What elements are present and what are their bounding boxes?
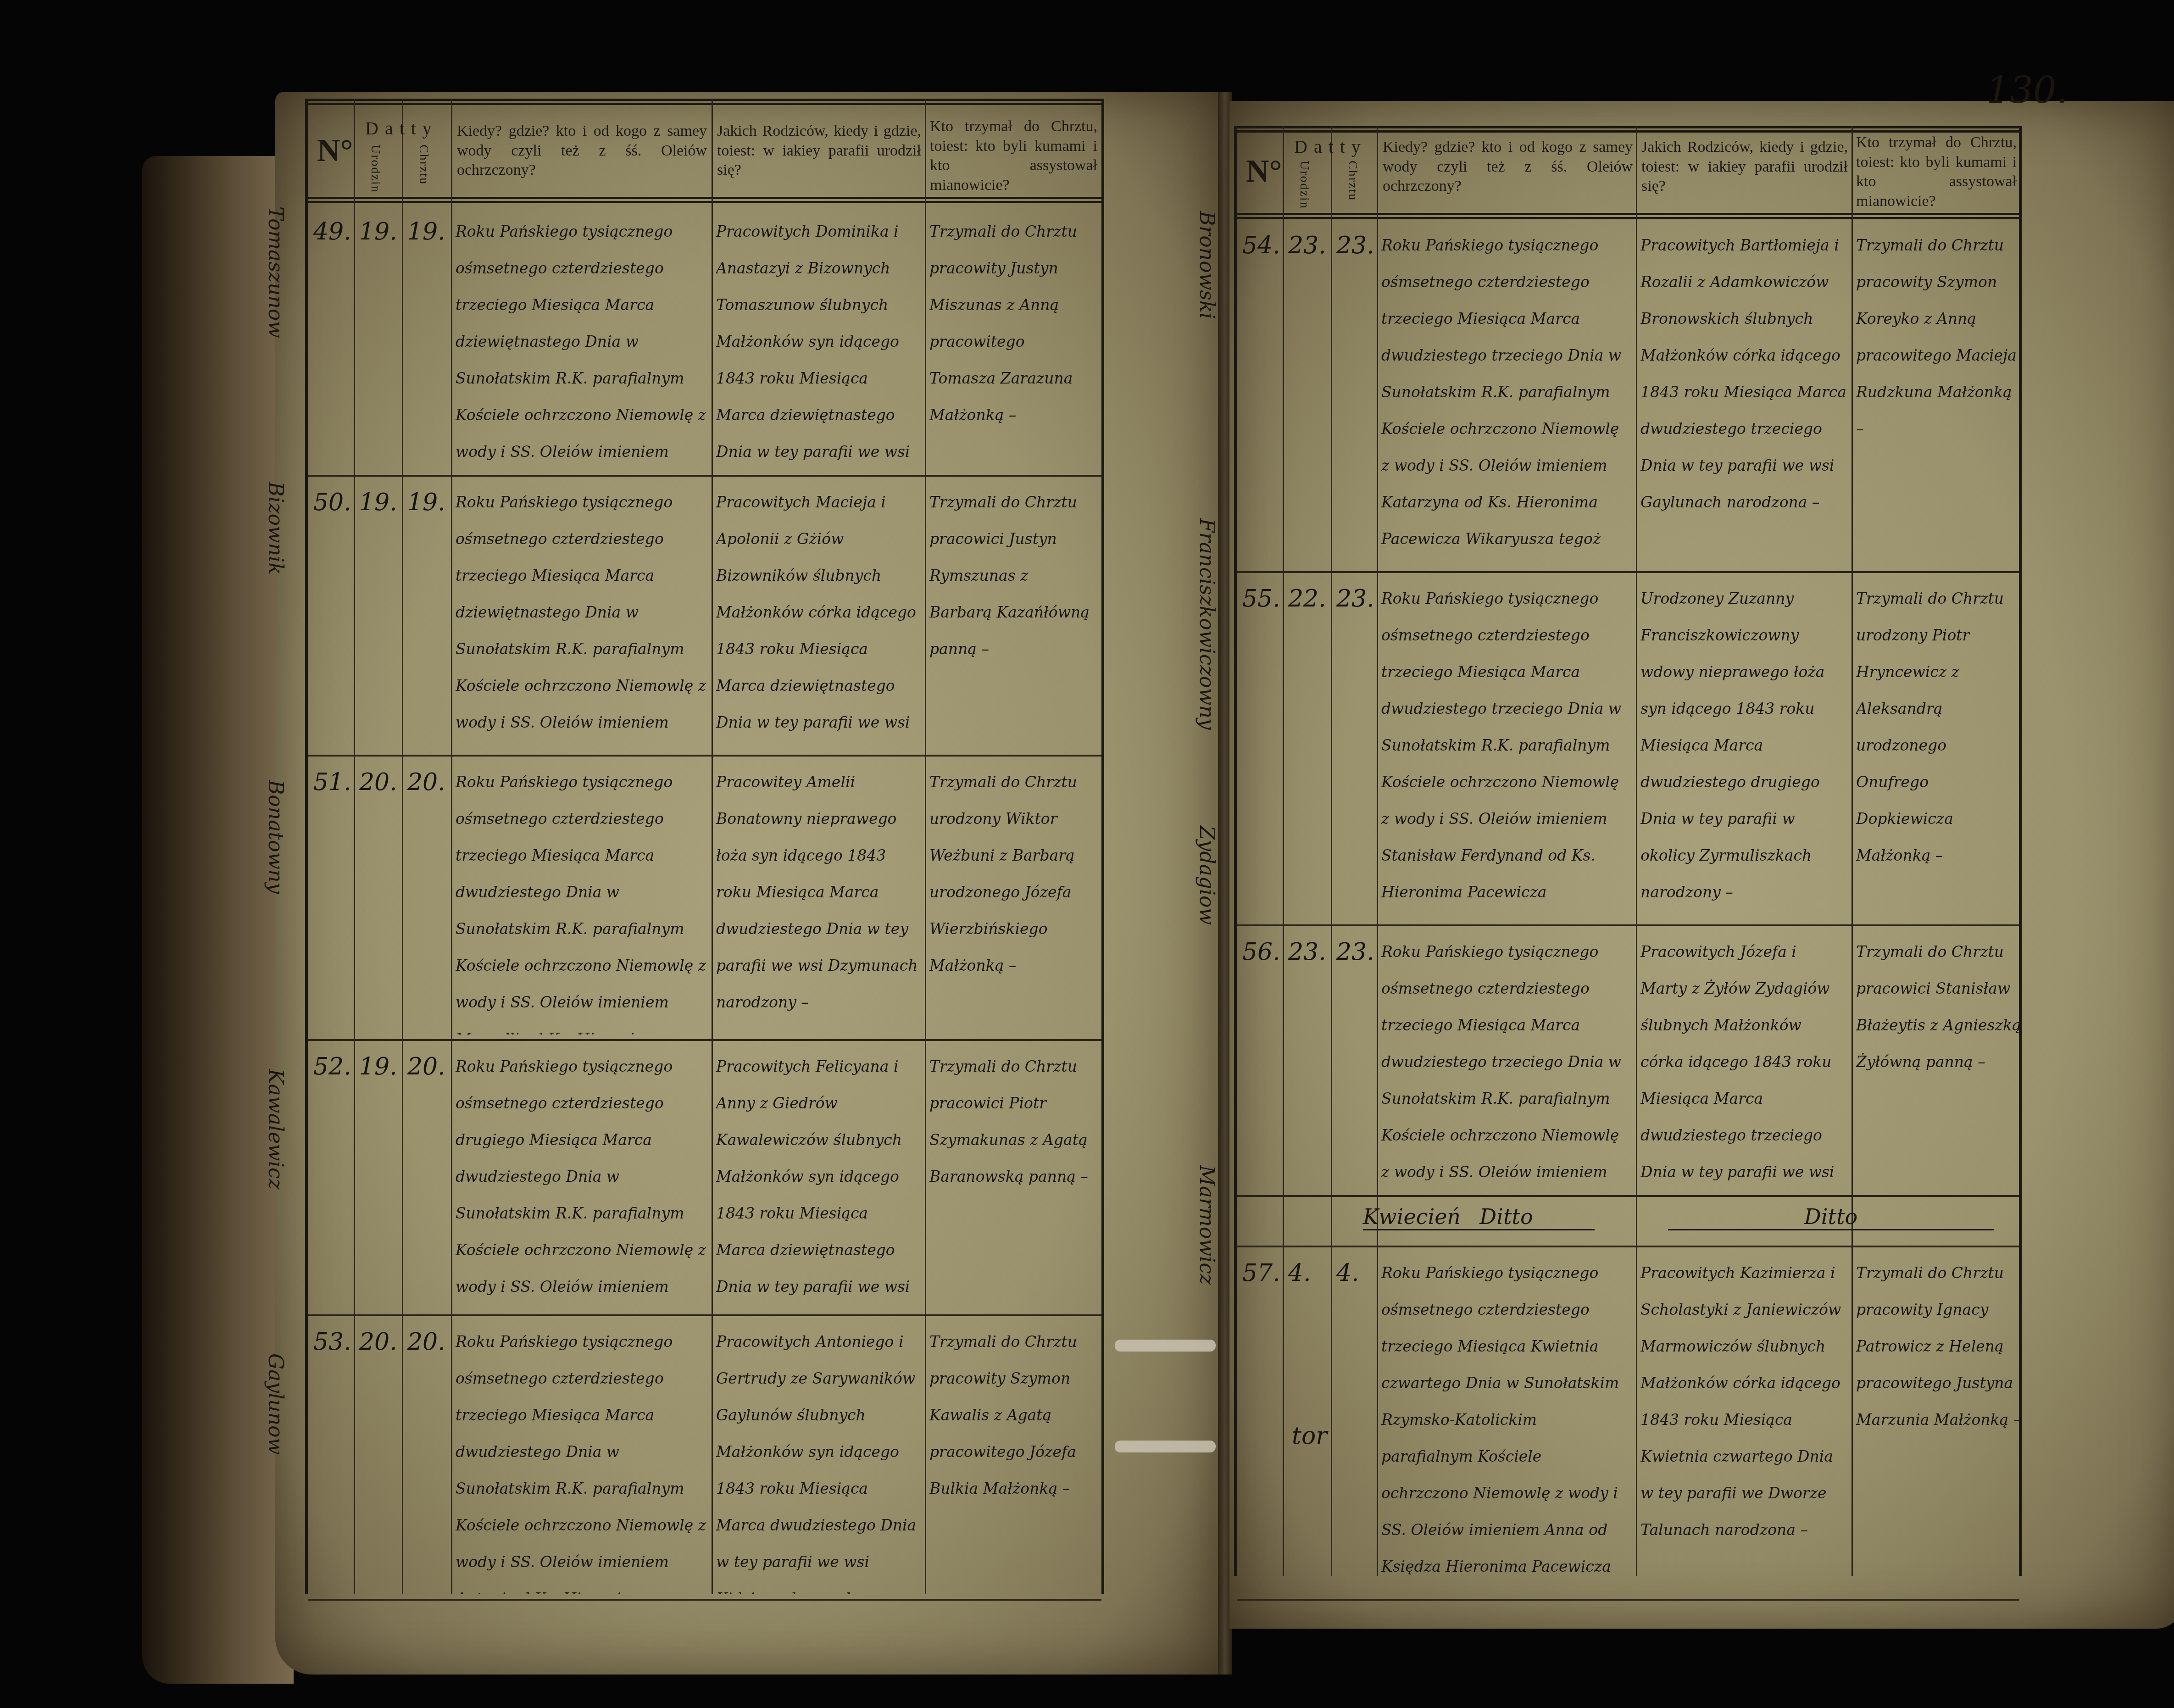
entry-parents-text: Pracowitey Amelii Bonatowny nieprawego ł… (716, 764, 920, 1035)
birth-day: 23. (1288, 232, 1326, 259)
birth-day: 20. (359, 1328, 397, 1356)
header-urodzin: Urodzin (1296, 161, 1312, 211)
birth-day: 23. (1288, 938, 1326, 966)
register-entry-row: 51.20.20.Roku Pańskiego tysiącznego ośms… (308, 755, 1101, 1041)
entry-godparents-text: Trzymali do Chrztu pracowici Piotr Szyma… (929, 1048, 1092, 1310)
baptism-day: 4. (1336, 1259, 1359, 1287)
header-number: N° (1246, 151, 1282, 192)
register-entry-row: 49.19.19.Roku Pańskiego tysiącznego ośms… (308, 204, 1101, 477)
header-datty: Datty (365, 117, 438, 140)
register-entry-row: 54.23.23.Roku Pańskiego tysiącznego ośms… (1237, 218, 2019, 573)
header-number: N° (317, 131, 353, 171)
baptism-day: 23. (1336, 232, 1374, 259)
header-chrztu: Chrztu (416, 145, 432, 204)
entry-number: 55. (1242, 585, 1280, 612)
header-godparents: Kto trzymał do Chrztu, toiest: kto byli … (1856, 133, 2017, 211)
birth-day: 19. (359, 489, 397, 516)
birth-day: 20. (359, 768, 397, 796)
margin-surname: Bonatowny (264, 780, 287, 894)
entry-godparents-text: Trzymali do Chrztu pracowici Justyn Ryms… (929, 484, 1092, 750)
register-entry-row: 55.22.23.Roku Pańskiego tysiącznego ośms… (1237, 571, 2019, 926)
header-parents: Jakich Rodziców, kiedy i gdzie, toiest: … (1641, 138, 1848, 196)
header-datty: Datty (1294, 135, 1367, 158)
birth-day: 22. (1288, 585, 1326, 612)
entry-parents-text: Urodzoney Zuzanny Franciszkowiczowny wdo… (1640, 580, 1847, 920)
entry-when-where-text: Roku Pańskiego tysiącznego ośmsetnego cz… (1381, 1255, 1631, 1594)
month-divider-row: KwiecieńDittoDitto (1237, 1195, 2019, 1247)
entry-number: 49. (313, 218, 351, 245)
header-godparents: Kto trzymał do Chrztu, toiest: kto byli … (930, 117, 1097, 195)
header-urodzin: Urodzin (367, 145, 384, 204)
margin-surname: Bizownik (264, 482, 287, 575)
entry-number: 57. (1242, 1259, 1280, 1287)
entry-parents-text: Pracowitych Józefa i Marty z Żyłów Zydag… (1640, 934, 1847, 1191)
entry-number: 50. (313, 489, 351, 516)
ditto-label: Ditto (1668, 1204, 1994, 1230)
page-number: 130. (1986, 69, 2068, 111)
entry-godparents-text: Trzymali do Chrztu pracowity Szymon Kawa… (929, 1324, 1092, 1594)
register-entry-row: 53.20.20.Roku Pańskiego tysiącznego ośms… (308, 1314, 1101, 1601)
binding-thread (1115, 1441, 1216, 1452)
baptism-day: 19. (407, 218, 445, 245)
entry-godparents-text: Trzymali do Chrztu urodzony Piotr Hrynce… (1856, 580, 2021, 920)
entry-when-where-text: Roku Pańskiego tysiącznego ośmsetnego cz… (456, 1048, 707, 1310)
margin-surname: Tomaszunow (264, 206, 287, 338)
entry-when-where-text: Roku Pańskiego tysiącznego ośmsetnego cz… (456, 1324, 707, 1594)
header-parents: Jakich Rodziców, kiedy i gdzie, toiest: … (717, 122, 921, 180)
entry-godparents-text: Trzymali do Chrztu pracowity Justyn Misz… (929, 213, 1092, 470)
ditto-label: Ditto (1418, 1204, 1595, 1230)
entry-number: 51. (313, 768, 351, 796)
entry-parents-text: Pracowitych Dominika i Anastazyi z Bizow… (716, 213, 920, 470)
entry-when-where-text: Roku Pańskiego tysiącznego ośmsetnego cz… (456, 484, 707, 750)
entry-number: 56. (1242, 938, 1280, 966)
margin-surname: Bronowski (1195, 211, 1218, 319)
baptism-day: 23. (1336, 938, 1374, 966)
entry-number: 52. (313, 1053, 351, 1080)
register-entry-row: 57.4.4.torRoku Pańskiego tysiącznego ośm… (1237, 1246, 2019, 1601)
entry-parents-text: Pracowitych Felicyana i Anny z Giedrów K… (716, 1048, 920, 1310)
register-entry-row: 56.23.23.Roku Pańskiego tysiącznego ośms… (1237, 924, 2019, 1197)
entry-when-where-text: Roku Pańskiego tysiącznego ośmsetnego cz… (456, 213, 707, 470)
entry-parents-text: Pracowitych Kazimierza i Scholastyki z J… (1640, 1255, 1847, 1594)
entry-when-where-text: Roku Pańskiego tysiącznego ośmsetnego cz… (1381, 580, 1631, 920)
margin-surname: Zydagiow (1195, 826, 1218, 925)
register-table-left: N° Datty Urodzin Chrztu Kiedy? gdzie? kt… (305, 99, 1104, 1594)
birth-day: 19. (359, 1053, 397, 1080)
baptism-day: 19. (407, 489, 445, 516)
margin-surname: Gaylunow (264, 1353, 287, 1455)
entry-godparents-text: Trzymali do Chrztu pracowity Ignacy Patr… (1856, 1255, 2021, 1594)
entry-godparents-text: Trzymali do Chrztu pracowici Stanisław B… (1856, 934, 2021, 1191)
baptism-day: 20. (407, 768, 445, 796)
margin-note: tor (1292, 1422, 1327, 1450)
register-entry-row: 52.19.20.Roku Pańskiego tysiącznego ośms… (308, 1039, 1101, 1316)
header-when-where: Kiedy? gdzie? kto i od kogo z samey wody… (1383, 138, 1633, 196)
entry-parents-text: Pracowitych Antoniego i Gertrudy ze Sary… (716, 1324, 920, 1594)
margin-surname: Franciszkowiczowny (1195, 518, 1218, 730)
entry-when-where-text: Roku Pańskiego tysiącznego ośmsetnego cz… (1381, 934, 1631, 1191)
margin-surname: Kawalewicz (264, 1069, 287, 1190)
register-table-right: N° Datty Urodzin Chrztu Kiedy? gdzie? kt… (1234, 126, 2022, 1576)
birth-day: 19. (359, 218, 397, 245)
header-chrztu: Chrztu (1345, 161, 1361, 211)
baptism-day: 20. (407, 1328, 445, 1356)
header-when-where: Kiedy? gdzie? kto i od kogo z samey wody… (457, 122, 707, 180)
entry-godparents-text: Trzymali do Chrztu pracowity Szymon Kore… (1856, 227, 2021, 567)
entry-number: 53. (313, 1328, 351, 1356)
baptism-day: 20. (407, 1053, 445, 1080)
margin-surname: Marmowicz (1195, 1165, 1218, 1285)
entry-when-where-text: Roku Pańskiego tysiącznego ośmsetnego cz… (1381, 227, 1631, 567)
entry-godparents-text: Trzymali do Chrztu urodzony Wiktor Weżbu… (929, 764, 1092, 1035)
birth-day: 4. (1288, 1259, 1311, 1287)
baptism-day: 23. (1336, 585, 1374, 612)
entry-parents-text: Pracowitych Macieja i Apolonii z Gżiów B… (716, 484, 920, 750)
entry-when-where-text: Roku Pańskiego tysiącznego ośmsetnego cz… (456, 764, 707, 1035)
binding-thread (1115, 1340, 1216, 1352)
entry-parents-text: Pracowitych Bartłomieja i Rozalii z Adam… (1640, 227, 1847, 567)
entry-number: 54. (1242, 232, 1280, 259)
register-entry-row: 50.19.19.Roku Pańskiego tysiącznego ośms… (308, 475, 1101, 757)
